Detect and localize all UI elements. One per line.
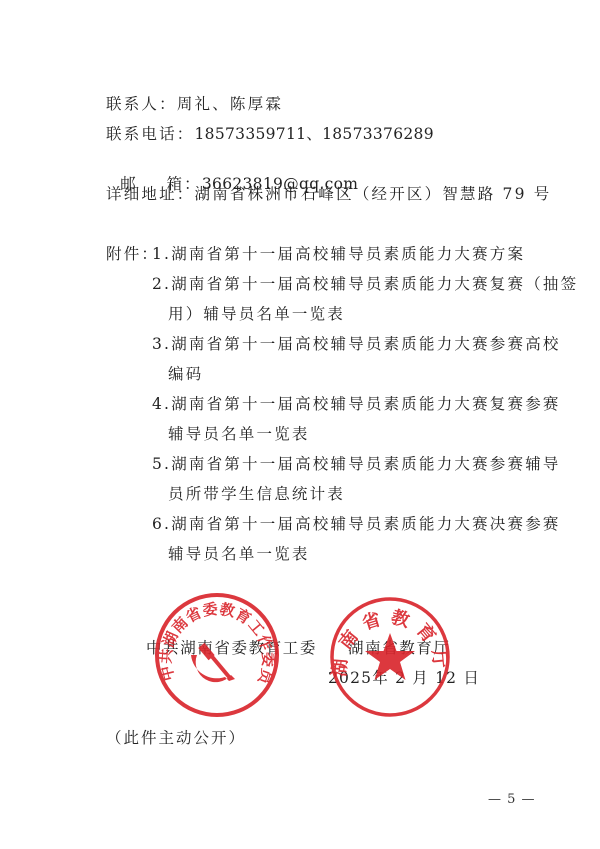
contact-phone: 联系电话：18573359711、18573376289	[106, 124, 434, 144]
attachment-item-4-line-1: 4.湖南省第十一届高校辅导员素质能力大赛复赛参赛	[152, 394, 561, 414]
contact-address-label: 详细地址：	[106, 185, 195, 203]
attachment-item-6-line-2: 辅导员名单一览表	[168, 544, 310, 564]
contact-person-value: 周礼、陈厚霖	[177, 95, 283, 113]
attachment-item-6-line-1: 6.湖南省第十一届高校辅导员素质能力大赛决赛参赛	[152, 514, 561, 534]
attachment-item-3-line-2: 编码	[168, 364, 203, 384]
attachment-item-3-line-1: 3.湖南省第十一届高校辅导员素质能力大赛参赛高校	[152, 334, 561, 354]
disclosure-note: （此件主动公开）	[106, 728, 246, 748]
contact-person-label: 联系人：	[106, 95, 177, 113]
contact-person: 联系人：周礼、陈厚霖	[106, 94, 283, 114]
contact-phone-value: 18573359711、18573376289	[195, 125, 434, 143]
page-number: — 5 —	[488, 792, 536, 807]
attachment-item-5-line-2: 员所带学生信息统计表	[168, 484, 345, 504]
attachment-item-5-line-1: 5.湖南省第十一届高校辅导员素质能力大赛参赛辅导	[152, 454, 561, 474]
signature-org-2: 湖南省教育厅	[348, 638, 451, 658]
contact-phone-label: 联系电话：	[106, 125, 195, 143]
contact-address-value: 湖南省株洲市石峰区（经开区）智慧路 79 号	[195, 185, 552, 203]
attachment-item-1: 1.湖南省第十一届高校辅导员素质能力大赛方案	[152, 244, 525, 264]
attachment-item-4-line-2: 辅导员名单一览表	[168, 424, 310, 444]
contact-address: 详细地址：湖南省株洲市石峰区（经开区）智慧路 79 号	[106, 184, 552, 204]
signature-date: 2025年 2 月 12 日	[328, 668, 480, 688]
signature-org-1: 中共湖南省委教育工委	[146, 638, 317, 658]
attachment-item-2-line-1: 2.湖南省第十一届高校辅导员素质能力大赛复赛（抽签	[152, 274, 578, 294]
attachment-item-2-line-2: 用）辅导员名单一览表	[168, 304, 345, 324]
